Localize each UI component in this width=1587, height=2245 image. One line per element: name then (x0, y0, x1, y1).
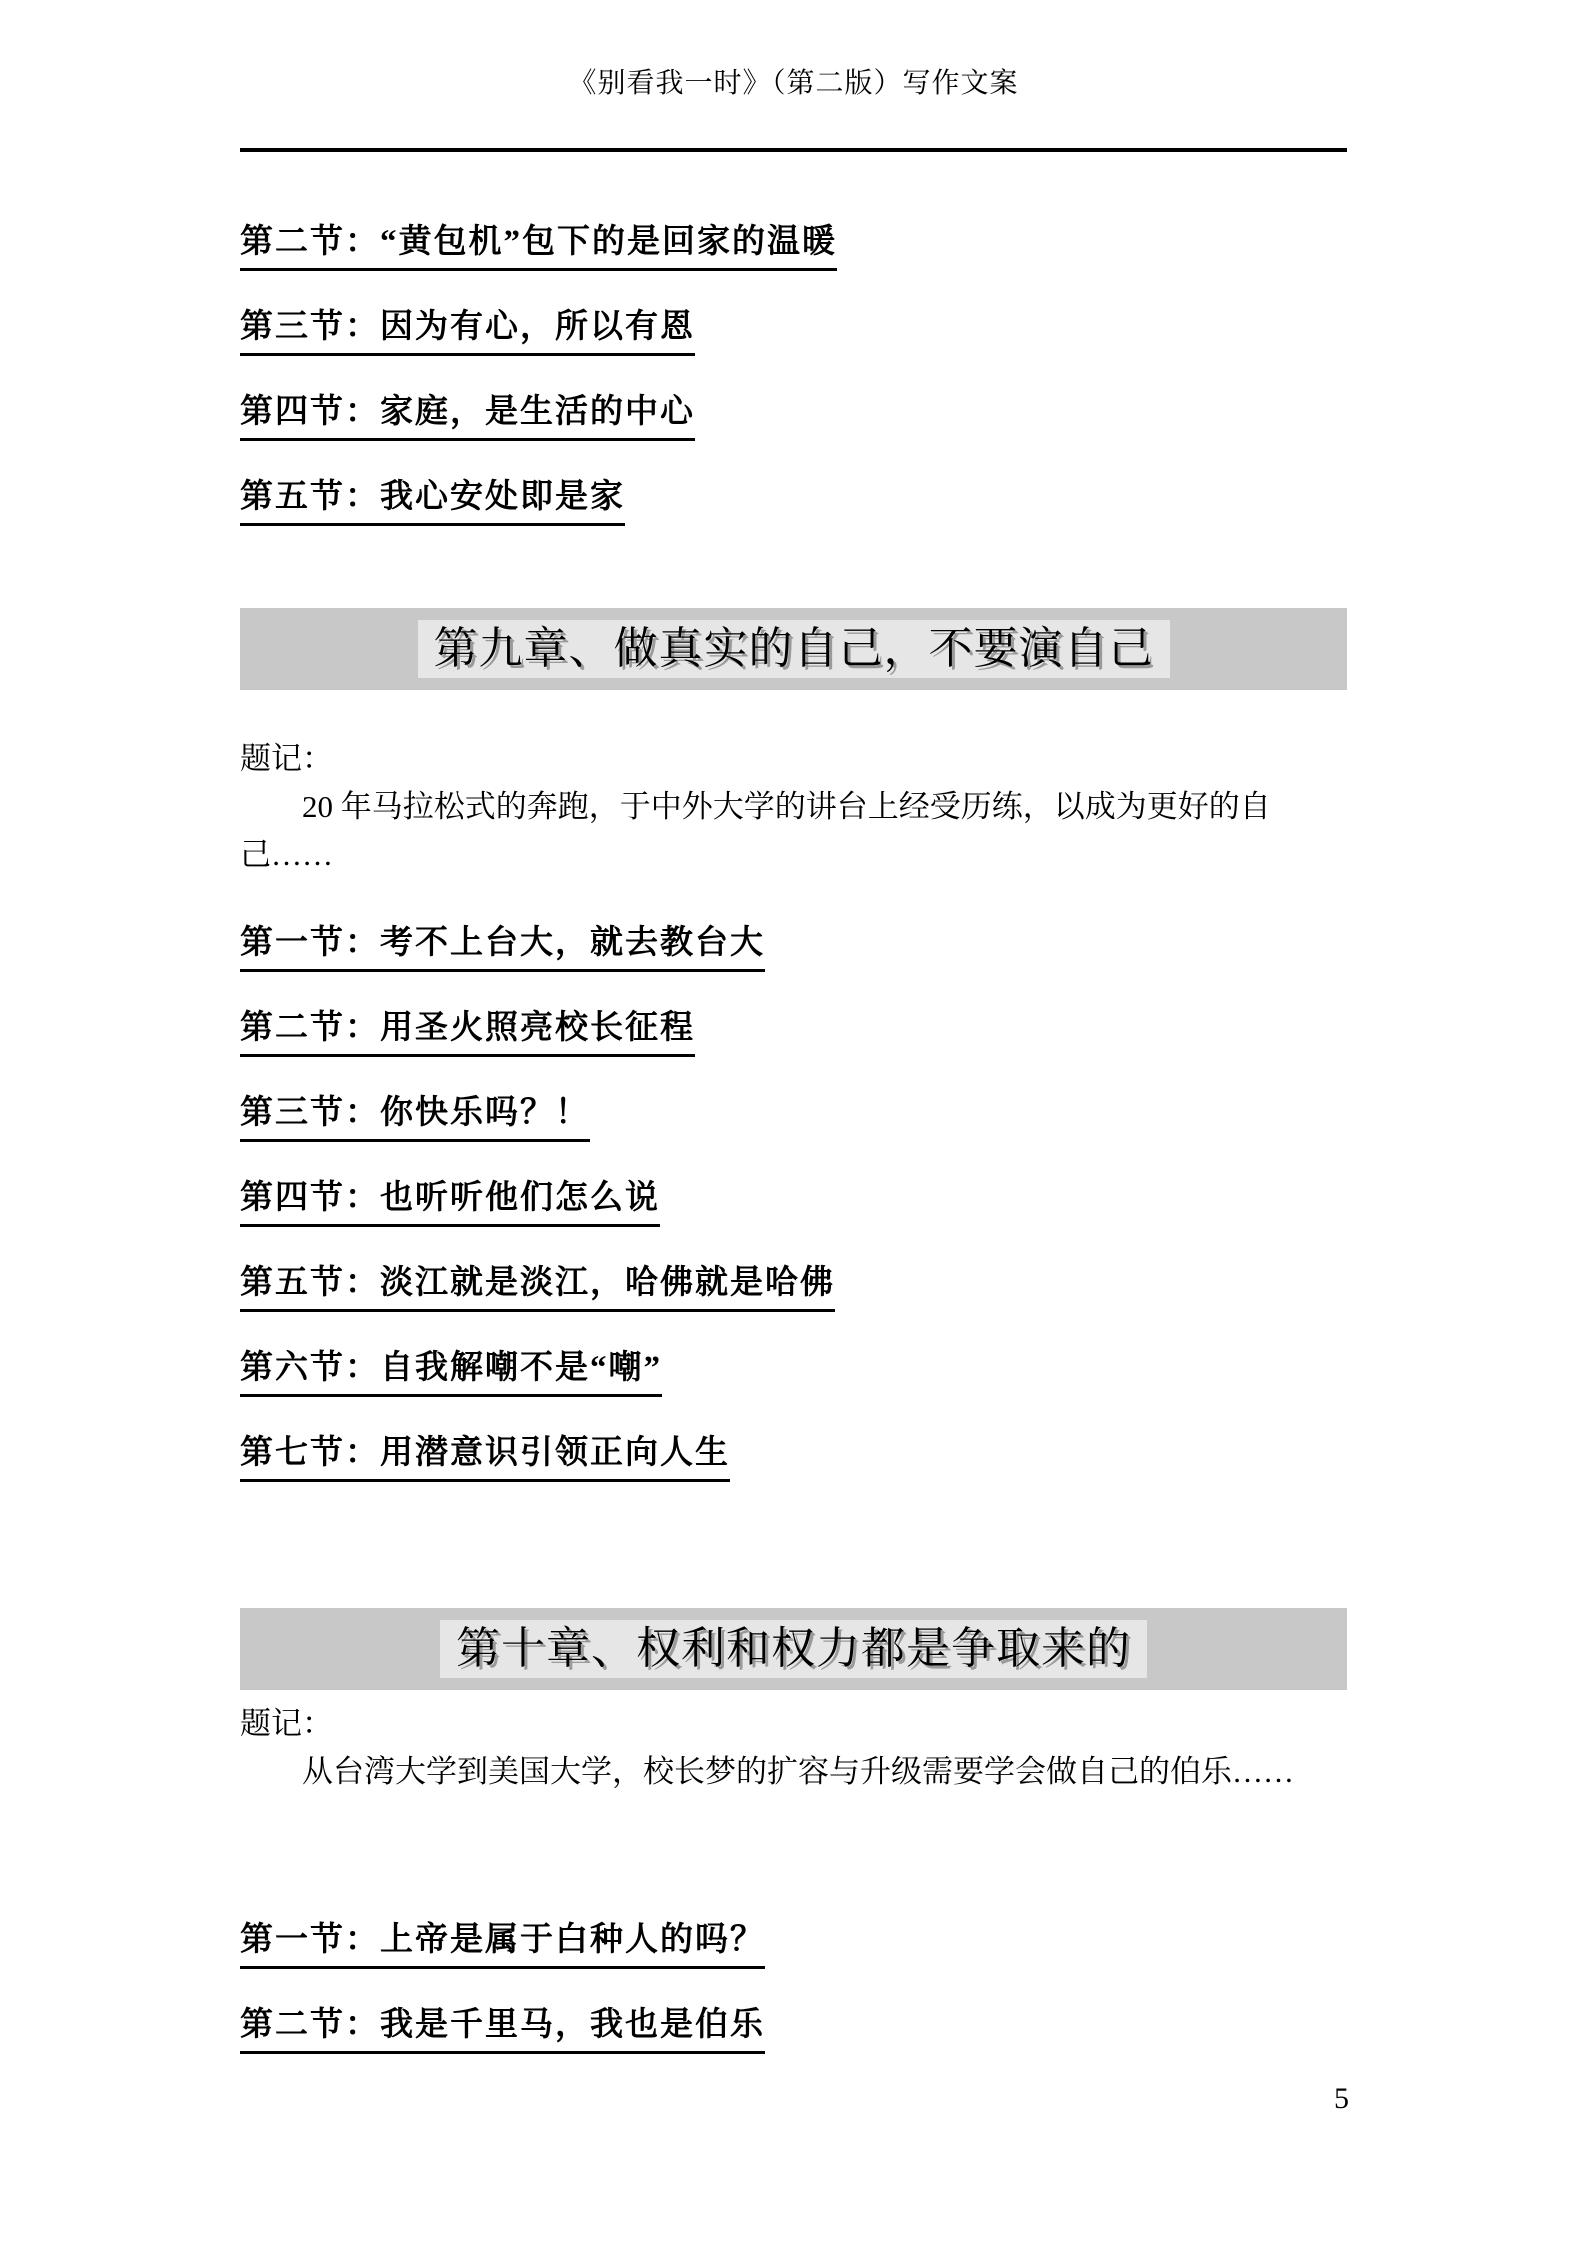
section-heading: 第四节：家庭，是生活的中心 (240, 392, 1347, 441)
running-header: 《别看我一时》（第二版）写作文案 (240, 0, 1347, 104)
section-heading: 第一节：考不上台大，就去教台大 (240, 923, 1347, 972)
section-heading: 第三节：你快乐吗？！ (240, 1093, 1347, 1142)
section-heading: 第三节：因为有心，所以有恩 (240, 307, 1347, 356)
section-heading: 第七节：用潜意识引领正向人生 (240, 1433, 1347, 1482)
section-heading-text: 第一节：上帝是属于白种人的吗？ (240, 1920, 765, 1969)
section-heading-text: 第二节：“黄包机”包下的是回家的温暖 (240, 222, 837, 271)
chapter-9-banner: 第九章、做真实的自己，不要演自己 (240, 608, 1347, 690)
section-heading: 第六节：自我解嘲不是“嘲” (240, 1348, 1347, 1397)
section-heading-text: 第一节：考不上台大，就去教台大 (240, 923, 765, 972)
section-heading: 第二节：我是千里马，我也是伯乐 (240, 2005, 1347, 2054)
document-page: 《别看我一时》（第二版）写作文案 第二节：“黄包机”包下的是回家的温暖 第三节：… (0, 0, 1587, 2245)
running-header-title: 《别看我一时》（第二版）写作文案 (568, 68, 1018, 99)
section-heading-text: 第五节：我心安处即是家 (240, 477, 625, 526)
page-number: 5 (1334, 2082, 1349, 2116)
chapter-9-epigraph-label: 题记： (240, 735, 1347, 783)
chapter-10-epigraph-label: 题记： (240, 1700, 1347, 1748)
chapter-10-epigraph-text: 从台湾大学到美国大学，校长梦的扩容与升级需要学会做自己的伯乐…… (240, 1748, 1347, 1796)
section-heading-text: 第二节：我是千里马，我也是伯乐 (240, 2005, 765, 2054)
section-heading-text: 第七节：用潜意识引领正向人生 (240, 1433, 730, 1482)
section-heading: 第四节：也听听他们怎么说 (240, 1178, 1347, 1227)
section-heading-text: 第四节：也听听他们怎么说 (240, 1178, 660, 1227)
header-divider-line (240, 148, 1347, 152)
section-heading-text: 第六节：自我解嘲不是“嘲” (240, 1348, 662, 1397)
chapter-9-epigraph-text: 20 年马拉松式的奔跑，于中外大学的讲台上经受历练，以成为更好的自己…… (240, 783, 1347, 879)
section-heading-text: 第三节：你快乐吗？！ (240, 1093, 590, 1142)
section-heading-text: 第二节：用圣火照亮校长征程 (240, 1008, 695, 1057)
chapter-9-title: 第九章、做真实的自己，不要演自己 (418, 620, 1170, 678)
section-heading: 第一节：上帝是属于白种人的吗？ (240, 1920, 1347, 1969)
chapter-10-banner: 第十章、权利和权力都是争取来的 (240, 1608, 1347, 1690)
section-heading-text: 第三节：因为有心，所以有恩 (240, 307, 695, 356)
section-heading: 第二节：“黄包机”包下的是回家的温暖 (240, 222, 1347, 271)
section-heading: 第五节：我心安处即是家 (240, 477, 1347, 526)
section-heading-text: 第四节：家庭，是生活的中心 (240, 392, 695, 441)
chapter-10-title: 第十章、权利和权力都是争取来的 (440, 1620, 1147, 1678)
section-heading: 第二节：用圣火照亮校长征程 (240, 1008, 1347, 1057)
section-heading: 第五节：淡江就是淡江，哈佛就是哈佛 (240, 1263, 1347, 1312)
section-heading-text: 第五节：淡江就是淡江，哈佛就是哈佛 (240, 1263, 835, 1312)
